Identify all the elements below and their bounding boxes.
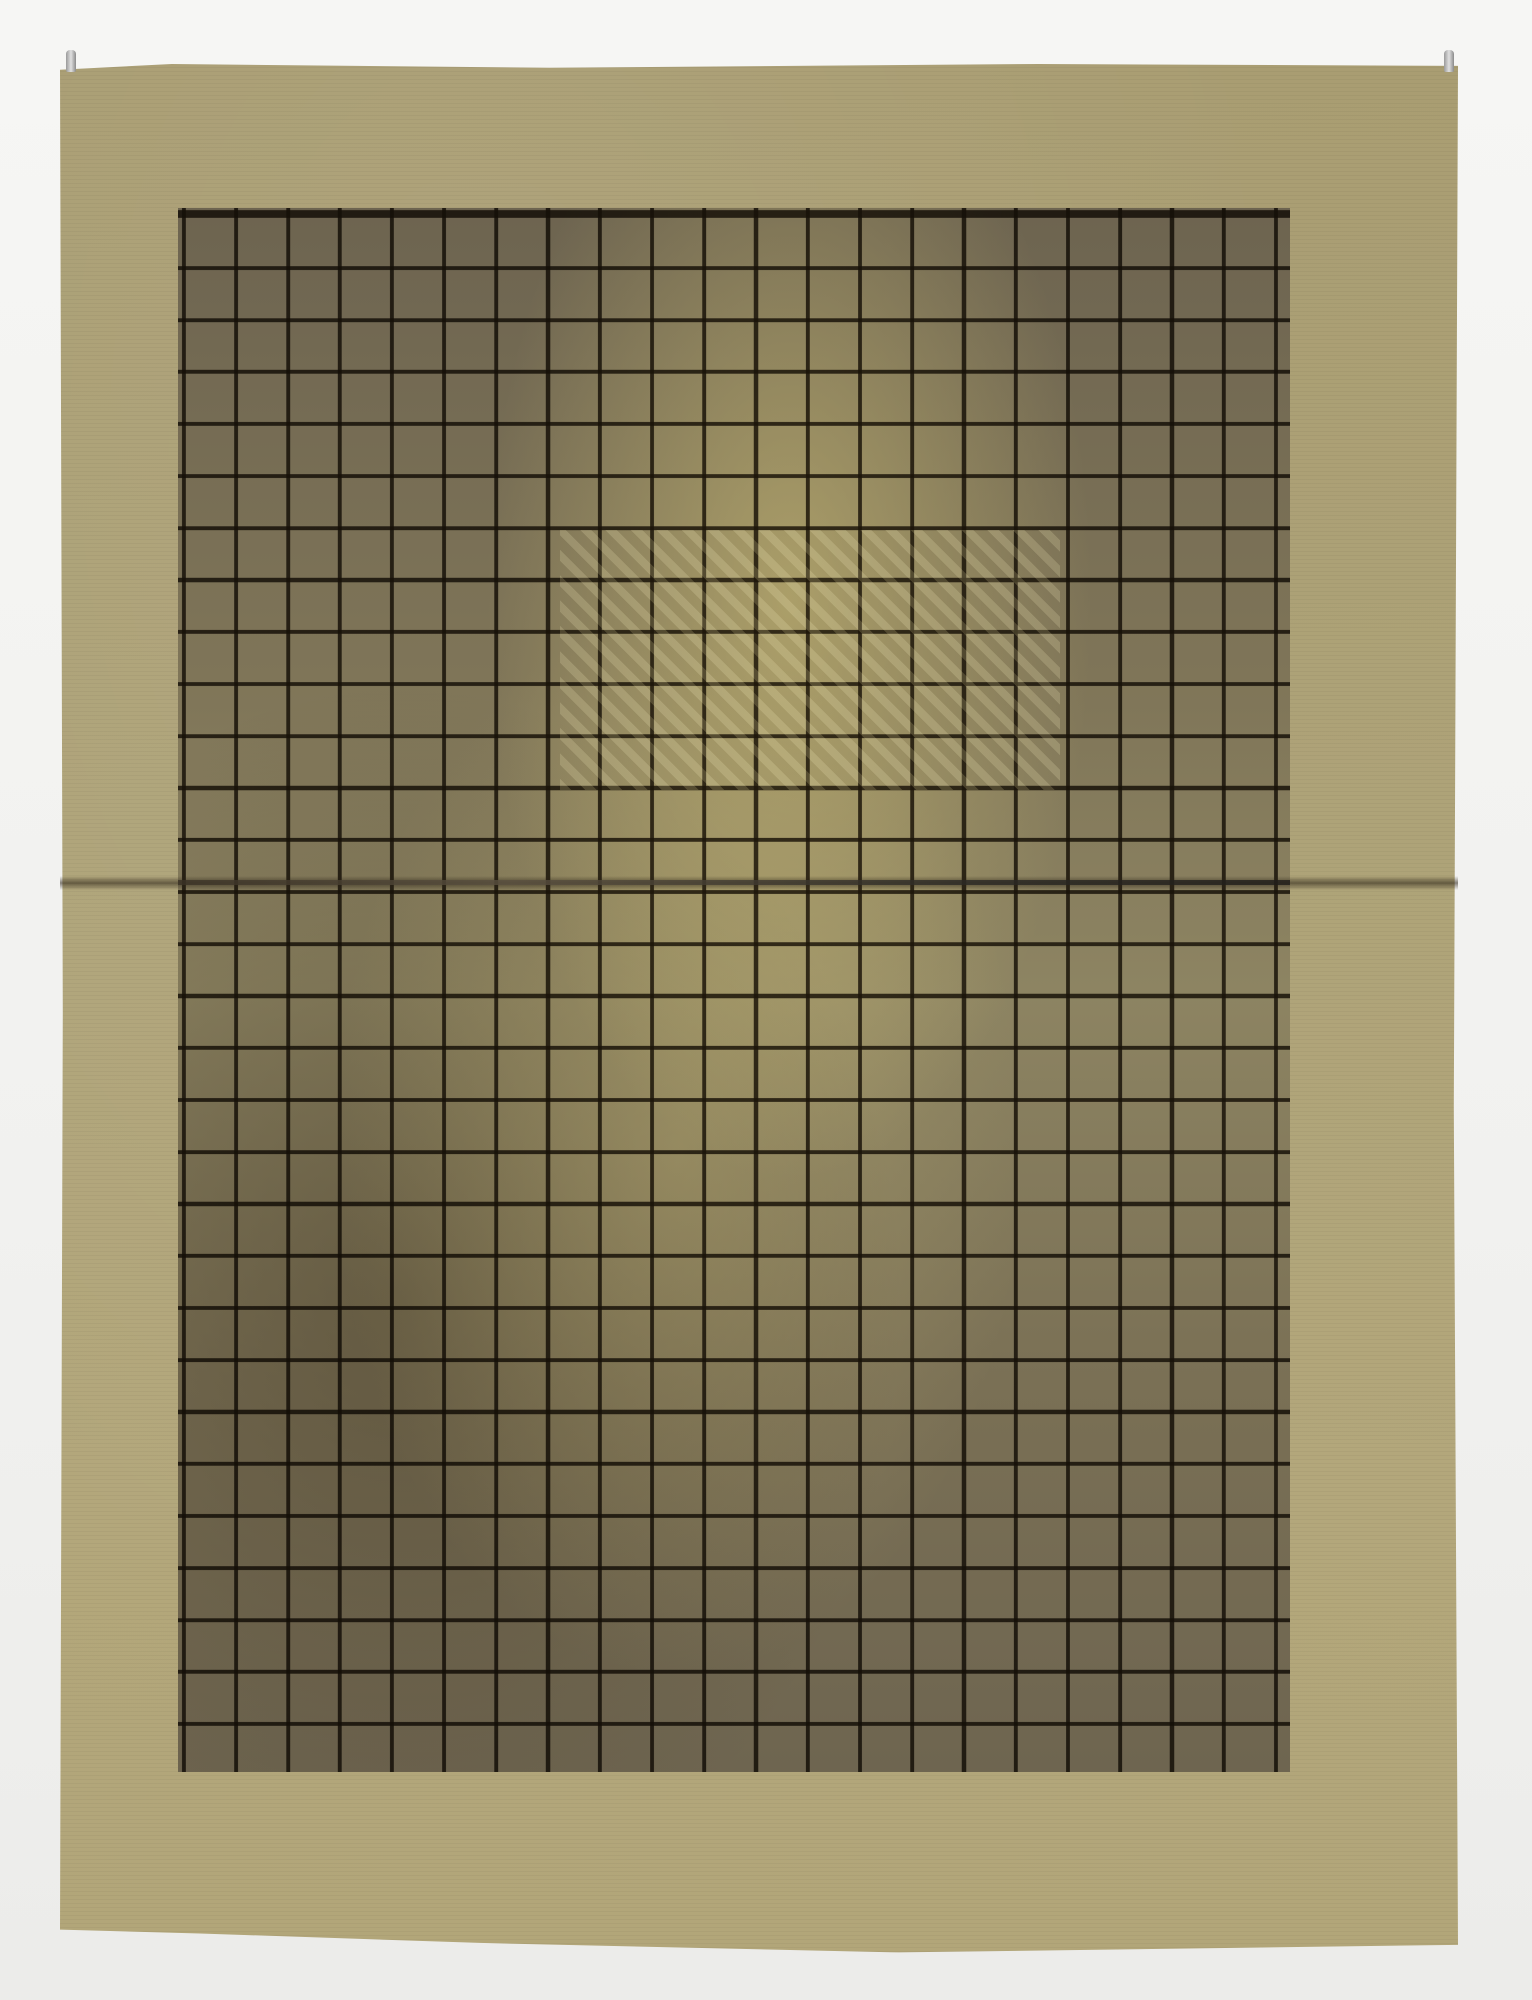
grid-painting xyxy=(178,208,1290,1772)
grid-texture xyxy=(178,208,1290,1772)
pushpin-icon xyxy=(1444,50,1454,72)
gold-highlight-area xyxy=(560,530,1060,790)
fold-line xyxy=(178,880,1290,885)
pushpin-icon xyxy=(66,50,76,72)
